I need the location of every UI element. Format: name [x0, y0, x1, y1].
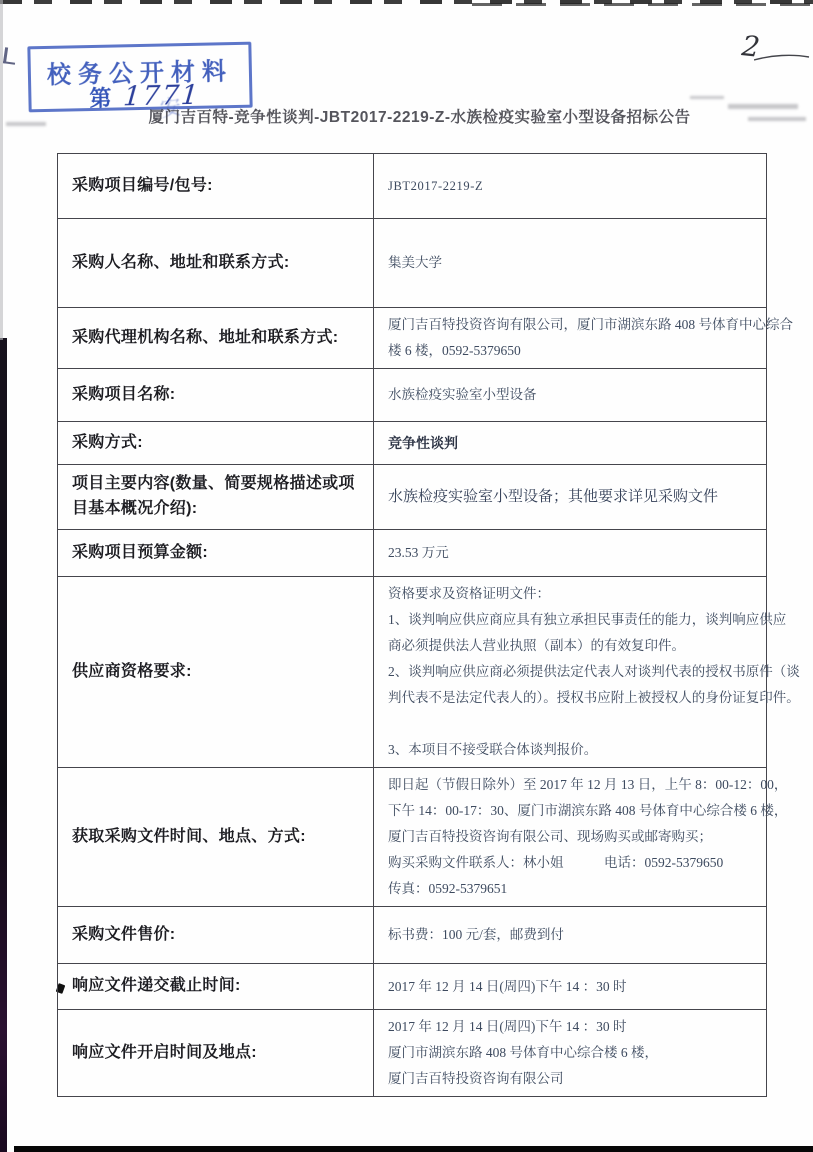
row-value: 竞争性谈判: [374, 422, 767, 465]
row-value: 厦门吉百特投资咨询有限公司，厦门市湖滨东路 408 号体育中心综合 楼 6 楼，…: [374, 308, 767, 369]
value-line-spacer: [388, 711, 756, 737]
table-row: 采购项目预算金额: 23.53 万元: [58, 530, 767, 577]
row-value: 集美大学: [374, 219, 767, 308]
scan-smudge: [690, 96, 724, 99]
row-label: 采购代理机构名称、地址和联系方式:: [58, 308, 374, 369]
row-value: 水族检疫实验室小型设备: [374, 369, 767, 422]
procurement-table: 采购项目编号/包号: JBT2017-2219-Z 采购人名称、地址和联系方式:…: [57, 153, 767, 1097]
row-label: 获取采购文件时间、地点、方式:: [58, 768, 374, 907]
row-value: 水族检疫实验室小型设备；其他要求详见采购文件: [374, 465, 767, 530]
scan-artifact-top-edge-2: [472, 3, 813, 6]
row-label: 响应文件递交截止时间:: [58, 964, 374, 1010]
table-row: 供应商资格要求: 资格要求及资格证明文件： 1、谈判响应供应商应具有独立承担民事…: [58, 577, 767, 768]
row-value: 即日起（节假日除外）至 2017 年 12 月 13 日，上午 8：00-12：…: [374, 768, 767, 907]
value-line: 购买采购文件联系人：林小姐 电话：0592-5379650: [388, 850, 756, 876]
row-value: 标书费：100 元/套，邮费到付: [374, 907, 767, 964]
row-label: 项目主要内容(数量、简要规格描述或项目基本概况介绍):: [58, 465, 374, 530]
value-line: 资格要求及资格证明文件：: [388, 581, 756, 607]
value-line: 标书费：100 元/套，邮费到付: [388, 922, 756, 948]
value-line: 厦门吉百特投资咨询有限公司，厦门市湖滨东路 408 号体育中心综合: [388, 312, 756, 338]
scan-artifact-left-edge-top: [0, 0, 3, 340]
table-row: 项目主要内容(数量、简要规格描述或项目基本概况介绍): 水族检疫实验室小型设备；…: [58, 465, 767, 530]
value-line: 集美大学: [388, 250, 756, 276]
row-label: 采购文件售价:: [58, 907, 374, 964]
value-line: 厦门吉百特投资咨询有限公司: [388, 1066, 756, 1092]
document-title: 厦门吉百特-竞争性谈判-JBT2017-2219-Z-水族检疫实验室小型设备招标…: [0, 105, 813, 127]
handwritten-page-number: 2: [738, 30, 812, 70]
row-value: 23.53 万元: [374, 530, 767, 577]
row-value: 资格要求及资格证明文件： 1、谈判响应供应商应具有独立承担民事责任的能力，谈判响…: [374, 577, 767, 768]
value-line: 厦门吉百特投资咨询有限公司、现场购买或邮寄购买；: [388, 824, 756, 850]
row-label: 响应文件开启时间及地点:: [58, 1010, 374, 1097]
row-label: 采购人名称、地址和联系方式:: [58, 219, 374, 308]
table-row: 获取采购文件时间、地点、方式: 即日起（节假日除外）至 2017 年 12 月 …: [58, 768, 767, 907]
value-line: 传真：0592-5379651: [388, 876, 756, 902]
table-row: 采购项目名称: 水族检疫实验室小型设备: [58, 369, 767, 422]
value-line: 厦门市湖滨东路 408 号体育中心综合楼 6 楼，: [388, 1040, 756, 1066]
value-line: 商必须提供法人营业执照（副本）的有效复印件。: [388, 633, 756, 659]
value-line: JBT2017-2219-Z: [388, 173, 756, 199]
row-label: 供应商资格要求:: [58, 577, 374, 768]
value-line: 下午 14：00-17：30、厦门市湖滨东路 408 号体育中心综合楼 6 楼，: [388, 798, 756, 824]
official-stamp: 校务公开材料 第 1771: [27, 42, 252, 113]
table-row: 采购代理机构名称、地址和联系方式: 厦门吉百特投资咨询有限公司，厦门市湖滨东路 …: [58, 308, 767, 369]
table-row: 响应文件开启时间及地点: 2017 年 12 月 14 日(周四)下午 14 ：…: [58, 1010, 767, 1097]
value-line: 楼 6 楼，0592-5379650: [388, 338, 756, 364]
value-line: 2017 年 12 月 14 日(周四)下午 14 ：30 时: [388, 974, 756, 1000]
scanned-document-page: 校务公开材料 第 1771 安 2 厦门吉百特-竞争性谈判-JBT2017-22…: [0, 0, 813, 1152]
row-value: 2017 年 12 月 14 日(周四)下午 14 ：30 时: [374, 964, 767, 1010]
value-line: 1、谈判响应供应商应具有独立承担民事责任的能力，谈判响应供应: [388, 607, 756, 633]
table-row: 采购方式: 竞争性谈判: [58, 422, 767, 465]
table-row: 响应文件递交截止时间: 2017 年 12 月 14 日(周四)下午 14 ：3…: [58, 964, 767, 1010]
row-label: 采购项目名称:: [58, 369, 374, 422]
value-line: 3、本项目不接受联合体谈判报价。: [388, 737, 756, 763]
value-line: 2017 年 12 月 14 日(周四)下午 14 ：30 时: [388, 1014, 756, 1040]
value-line: 即日起（节假日除外）至 2017 年 12 月 13 日，上午 8：00-12：…: [388, 772, 756, 798]
value-line: 水族检疫实验室小型设备；其他要求详见采购文件: [388, 484, 756, 510]
row-label: 采购项目预算金额:: [58, 530, 374, 577]
table-row: 采购人名称、地址和联系方式: 集美大学: [58, 219, 767, 308]
row-value: JBT2017-2219-Z: [374, 154, 767, 219]
scan-artifact-left-edge: [0, 338, 7, 1152]
table-row: 采购项目编号/包号: JBT2017-2219-Z: [58, 154, 767, 219]
value-line: 水族检疫实验室小型设备: [388, 382, 756, 408]
value-line: 23.53 万元: [388, 540, 756, 566]
value-line: 判代表不是法定代表人的）。授权书应附上被授权人的身份证复印件。: [388, 685, 756, 711]
table-row: 采购文件售价: 标书费：100 元/套，邮费到付: [58, 907, 767, 964]
handwriting-stroke: [754, 54, 810, 62]
scan-artifact-bottom-edge: [14, 1146, 813, 1152]
scan-corner-mark: [3, 47, 17, 65]
row-label: 采购项目编号/包号:: [58, 154, 374, 219]
row-label: 采购方式:: [58, 422, 374, 465]
row-value: 2017 年 12 月 14 日(周四)下午 14 ：30 时 厦门市湖滨东路 …: [374, 1010, 767, 1097]
value-line: 2、谈判响应供应商必须提供法定代表人对谈判代表的授权书原件（谈: [388, 659, 756, 685]
value-line: 竞争性谈判: [388, 430, 756, 456]
